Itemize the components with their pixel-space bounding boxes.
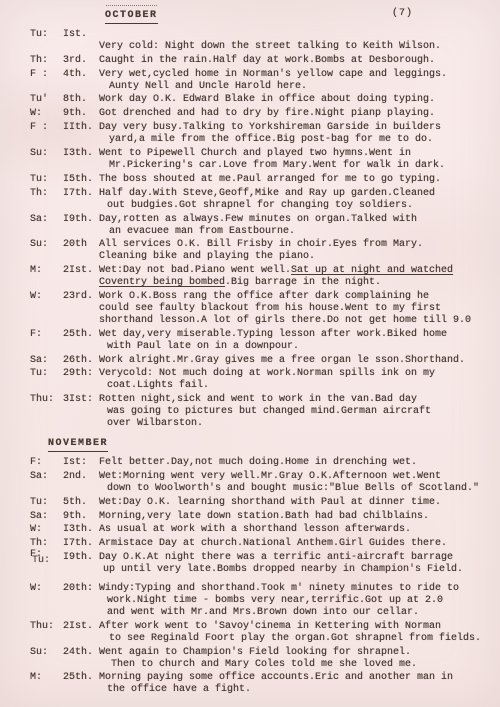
entry-line: As usual at work with a shorthand lesson… [99, 524, 492, 536]
entry-line: All services O.K. Bill Frisby in choir.E… [99, 239, 492, 251]
text-segment: Mr.Pickering's car.Love from Mary.Went f… [109, 160, 445, 171]
entry-line: Caught in the rain.Half day at work.Bomb… [99, 55, 492, 67]
text-segment: Half day.With Steve,Geoff,Mike and Ray u… [99, 188, 435, 199]
diary-entry: Su:20thAll services O.K. Bill Frisby in … [30, 239, 492, 263]
entry-line: down to Woolworth's and bought music:"Bl… [107, 483, 492, 495]
diary-content: OCTOBER Tu:Ist. Very cold: Night down th… [30, 10, 492, 698]
text-segment: to see Reginald Foort play the organ.Got… [109, 633, 481, 644]
entry-date: 3rd. [63, 55, 99, 67]
entry-line: Aunty Nell and Uncle Harold here. [109, 81, 492, 93]
diary-entry: Sa:2nd.Wet:Morning went very well.Mr.Gra… [30, 471, 492, 495]
entry-line: Armistace Day at church.National Anthem.… [99, 538, 492, 550]
entry-line: Wet day,very miserable.Typing lesson aft… [99, 329, 492, 341]
entry-text: All services O.K. Bill Frisby in choir.E… [99, 239, 492, 263]
diary-entry: Su:I3th.Went to Pipewell Church and play… [30, 148, 492, 172]
text-segment: All services O.K. Bill Frisby in choir.E… [99, 239, 423, 250]
entry-date: Ist: [63, 457, 99, 469]
entry-line: Rotten night,sick and went to work in th… [99, 394, 492, 406]
entry-day: W: [30, 524, 63, 536]
entry-date: 9th. [63, 511, 99, 523]
entry-day: Sa: [30, 471, 63, 483]
diary-entry: F:25th.Wet day,very miserable.Typing les… [30, 329, 492, 353]
section-november: NOVEMBER F:Ist:Felt better.Day,not much … [30, 432, 492, 696]
entry-line: out budgies.Got shrapnel for changing to… [107, 200, 492, 212]
text-segment: Got drenched and had to dry by fire.Nigh… [99, 108, 435, 119]
entry-day: Tu: [30, 368, 63, 380]
diary-entry: M:25th.Morning paying some office accoun… [30, 672, 492, 696]
text-segment: Work O.K.Boss rang the office after dark… [99, 291, 429, 302]
entry-date: 26th. [63, 355, 99, 367]
diary-entry: Th:I7th.Armistace Day at church.National… [30, 538, 492, 550]
text-segment: Very cold: Night down the street talking… [99, 41, 441, 52]
entry-date: 4th. [63, 69, 99, 81]
entry-date: 25th. [63, 329, 99, 341]
entry-day: Sa: [30, 214, 63, 226]
entry-text: Work day O.K. Edward Blake in office abo… [99, 94, 492, 106]
entry-text: Very wet,cycled home in Norman's yellow … [99, 69, 492, 93]
entry-text: Wet day,very miserable.Typing lesson aft… [99, 329, 492, 353]
section-title-text: OCTOBER [105, 10, 158, 21]
entry-text: Went again to Champion's Field looking f… [99, 647, 492, 671]
entry-day: Thu: [30, 621, 63, 633]
diary-entry: F :IIth.Day very busy.Talking to Yorkshi… [30, 122, 492, 146]
text-segment: Went to Pipewell Church and played two h… [99, 148, 411, 159]
entry-line: Then to church and Mary Coles told me sh… [111, 659, 492, 671]
entry-line: Day very busy.Talking to Yorkshireman Ga… [99, 122, 492, 134]
diary-entry: Sa:9th.Morning,very late down station.Ba… [30, 511, 492, 523]
entry-line: Half day.With Steve,Geoff,Mike and Ray u… [99, 188, 492, 200]
entry-date: I3th. [63, 148, 99, 160]
entry-line: work.Night time - bombs very near,terrif… [107, 595, 492, 607]
text-segment: Verycold: Not much doing at work.Norman … [99, 368, 435, 379]
text-segment: and went with Mr.and Mrs.Brown down into… [107, 607, 419, 618]
entry-text: As usual at work with a shorthand lesson… [99, 524, 492, 536]
text-segment: Wet:Day O.K. learning shorthand with Pau… [99, 497, 441, 508]
entry-line: Cleaning bike and playing the piano. [99, 251, 492, 263]
entry-date: I7th. [63, 188, 99, 200]
diary-entry: Th:I7th.Half day.With Steve,Geoff,Mike a… [30, 188, 492, 212]
entry-text: Felt better.Day,not much doing.Home in d… [99, 457, 492, 469]
entry-line: Went to Pipewell Church and played two h… [99, 148, 492, 160]
diary-entry: F:Tu:I9th.Day O.K.At night there was a t… [30, 552, 492, 576]
text-segment: yard,a mile from the office.Big post-bag… [109, 134, 433, 145]
diary-entry: M:2Ist.Wet:Day not bad.Piano went well.S… [30, 265, 492, 289]
entry-day: Thu: [30, 394, 63, 406]
entry-line: and went with Mr.and Mrs.Brown down into… [107, 607, 492, 619]
entry-line [99, 29, 492, 41]
text-segment: Cleaning bike and playing the piano. [99, 251, 315, 262]
entry-line: Went again to Champion's Field looking f… [99, 647, 492, 659]
diary-entry: W:20th:Windy:Typing and shorthand.Took m… [30, 583, 492, 619]
entry-text: Very cold: Night down the street talking… [99, 29, 492, 53]
diary-entry: Sa:26th.Work alright.Mr.Gray gives me a … [30, 355, 492, 367]
entry-text: Half day.With Steve,Geoff,Mike and Ray u… [99, 188, 492, 212]
entry-line: was going to pictures but changed mind.G… [107, 406, 492, 418]
entry-line: Coventry being bombed.Big barrage in the… [99, 277, 492, 289]
entry-text: After work went to 'Savoy'cinema in Kett… [99, 621, 492, 645]
entry-line: yard,a mile from the office.Big post-bag… [109, 134, 492, 146]
diary-entry: Tu:I5th.The boss shouted at me.Paul arra… [30, 174, 492, 186]
entry-day: Th: [30, 188, 63, 200]
entry-list-november: F:Ist:Felt better.Day,not much doing.Hom… [30, 457, 492, 696]
entry-day: Tu: [30, 29, 63, 41]
entry-day: W: [30, 583, 63, 595]
text-segment: Caught in the rain.Half day at work.Bomb… [99, 55, 435, 66]
entry-date: 3Ist: [63, 394, 99, 406]
entry-line: Very wet,cycled home in Norman's yellow … [99, 69, 492, 81]
entry-line: Very cold: Night down the street talking… [99, 41, 492, 53]
entry-day: F: [30, 329, 63, 341]
diary-entry: Tu:5th.Wet:Day O.K. learning shorthand w… [30, 497, 492, 509]
entry-text: Got drenched and had to dry by fire.Nigh… [99, 108, 492, 120]
text-segment: an evacuee man from Eastbourne. [109, 226, 295, 237]
text-segment: over Wilbarston. [107, 418, 203, 429]
entry-line: Wet:Morning went very well.Mr.Gray O.K.A… [99, 471, 492, 483]
entry-line: the office have a fight. [107, 684, 492, 696]
text-segment: Went again to Champion's Field looking f… [99, 647, 411, 658]
text-segment: down to Woolworth's and bought music:"Bl… [107, 483, 479, 494]
entry-date: 25th. [63, 672, 99, 684]
text-segment: Wet:Morning went very well.Mr.Gray O.K.A… [99, 471, 441, 482]
text-segment: could see faulty blackout from his house… [99, 303, 441, 314]
diary-entry: W:23rd.Work O.K.Boss rang the office aft… [30, 291, 492, 327]
text-segment: up until very late.Bombs dropped nearby … [103, 564, 463, 575]
entry-text: The boss shouted at me.Paul arranged for… [99, 174, 492, 186]
entry-line: Got drenched and had to dry by fire.Nigh… [99, 108, 492, 120]
entry-day-correction: Tu: [32, 555, 50, 567]
entry-date: 29th: [63, 368, 99, 380]
entry-day: F:Tu: [30, 552, 63, 564]
entry-day: W: [30, 108, 63, 120]
entry-day: Th: [30, 55, 63, 67]
entry-date: 23rd. [63, 291, 99, 303]
entry-line: Wet:Day O.K. learning shorthand with Pau… [99, 497, 492, 509]
entry-line: Work day O.K. Edward Blake in office abo… [99, 94, 492, 106]
diary-entry: Su:24th.Went again to Champion's Field l… [30, 647, 492, 671]
text-segment: the office have a fight. [107, 684, 251, 695]
text-segment: out budgies.Got shrapnel for changing to… [107, 200, 413, 211]
diary-entry: F:Ist:Felt better.Day,not much doing.Hom… [30, 457, 492, 469]
entry-text: Wet:Morning went very well.Mr.Gray O.K.A… [99, 471, 492, 495]
diary-entry: Thu:2Ist.After work went to 'Savoy'cinem… [30, 621, 492, 645]
entry-text: Day,rotten as always.Few minutes on orga… [99, 214, 492, 238]
entry-day: M: [30, 672, 63, 684]
entry-text: Wet:Day not bad.Piano went well.Sat up a… [99, 265, 492, 289]
text-segment: Day O.K.At night there was a terrific an… [99, 552, 453, 563]
entry-line: to see Reginald Foort play the organ.Got… [109, 633, 492, 645]
entry-line: Windy:Typing and shorthand.Took m' ninet… [99, 583, 492, 595]
entry-text: Morning,very late down station.Bath had … [99, 511, 492, 523]
text-segment: Rotten night,sick and went to work in th… [99, 394, 417, 405]
entry-text: Morning paying some office accounts.Eric… [99, 672, 492, 696]
underlined-text: Coventry being bombed [99, 277, 225, 288]
entry-text: Day O.K.At night there was a terrific an… [99, 552, 492, 576]
entry-text: Went to Pipewell Church and played two h… [99, 148, 492, 172]
text-segment: Day very busy.Talking to Yorkshireman Ga… [99, 122, 441, 133]
entry-date: 2Ist. [63, 265, 99, 277]
diary-entry: F :4th.Very wet,cycled home in Norman's … [30, 69, 492, 93]
entry-line: shorthand lesson.A lot of girls there.Do… [99, 315, 492, 327]
overtype-marks [106, 5, 157, 6]
diary-entry: Sa:I9th.Day,rotten as always.Few minutes… [30, 214, 492, 238]
entry-date: 2Ist. [63, 621, 99, 633]
entry-day: Su: [30, 148, 63, 160]
entry-line: After work went to 'Savoy'cinema in Kett… [99, 621, 492, 633]
entry-day: W: [30, 291, 63, 303]
text-segment: Then to church and Mary Coles told me sh… [111, 659, 417, 670]
entry-date: I5th. [63, 174, 99, 186]
entry-day: F : [30, 69, 63, 81]
entry-line: Day O.K.At night there was a terrific an… [99, 552, 492, 564]
entry-day: F: [30, 457, 63, 469]
entry-date: Ist. [63, 29, 99, 41]
text-segment: Very wet,cycled home in Norman's yellow … [99, 69, 447, 80]
section-october: OCTOBER Tu:Ist. Very cold: Night down th… [30, 10, 492, 430]
text-segment: shorthand lesson.A lot of girls there.Do… [99, 315, 471, 326]
diary-entry: Tu'8th.Work day O.K. Edward Blake in off… [30, 94, 492, 106]
entry-line: Morning paying some office accounts.Eric… [99, 672, 492, 684]
entry-day: Tu: [30, 174, 63, 186]
entry-date: 20th: [63, 583, 99, 595]
entry-text: Armistace Day at church.National Anthem.… [99, 538, 492, 550]
entry-date: 5th. [63, 497, 99, 509]
text-segment: Work day O.K. Edward Blake in office abo… [99, 94, 435, 105]
entry-line: Morning,very late down station.Bath had … [99, 511, 492, 523]
section-title-november: NOVEMBER [48, 438, 108, 452]
entry-day: Tu: [30, 497, 63, 509]
entry-line: Work O.K.Boss rang the office after dark… [99, 291, 492, 303]
entry-line: up until very late.Bombs dropped nearby … [103, 564, 492, 576]
entry-date: 20th [63, 239, 99, 251]
entry-list-october: Tu:Ist. Very cold: Night down the street… [30, 29, 492, 430]
entry-line: Work alright.Mr.Gray gives me a free org… [99, 355, 492, 367]
diary-page: (7) OCTOBER Tu:Ist. Very cold: Night dow… [0, 0, 500, 707]
entry-line: Wet:Day not bad.Piano went well.Sat up a… [99, 265, 492, 277]
entry-day: Tu' [30, 94, 63, 106]
text-segment: As usual at work with a shorthand lesson… [99, 524, 411, 535]
entry-text: Work O.K.Boss rang the office after dark… [99, 291, 492, 327]
entry-text: Rotten night,sick and went to work in th… [99, 394, 492, 430]
entry-date: 2nd. [63, 471, 99, 483]
text-segment: Morning,very late down station.Bath had … [99, 511, 429, 522]
text-segment: Day,rotten as always.Few minutes on orga… [99, 214, 417, 225]
entry-date: 9th. [63, 108, 99, 120]
text-segment: Wet:Day not bad.Piano went well. [99, 265, 291, 276]
entry-text: Caught in the rain.Half day at work.Bomb… [99, 55, 492, 67]
entry-line: The boss shouted at me.Paul arranged for… [99, 174, 492, 186]
diary-entry: Tu:29th:Verycold: Not much doing at work… [30, 368, 492, 392]
diary-entry: Tu:Ist. Very cold: Night down the street… [30, 29, 492, 53]
text-segment: work.Night time - bombs very near,terrif… [107, 595, 443, 606]
entry-date: 24th. [63, 647, 99, 659]
section-title-october: OCTOBER [105, 10, 158, 24]
diary-entry: Th:3rd.Caught in the rain.Half day at wo… [30, 55, 492, 67]
section-title-text: NOVEMBER [48, 438, 108, 449]
text-segment: .Big barrage in the night. [225, 277, 381, 288]
entry-text: Work alright.Mr.Gray gives me a free org… [99, 355, 492, 367]
entry-day: Sa: [30, 511, 63, 523]
entry-day: M: [30, 265, 63, 277]
diary-entry: W:I3th.As usual at work with a shorthand… [30, 524, 492, 536]
entry-date: IIth. [63, 122, 99, 134]
text-segment: Felt better.Day,not much doing.Home in d… [99, 457, 417, 468]
entry-date: I7th. [63, 538, 99, 550]
entry-day: Su: [30, 239, 63, 251]
entry-line: Day,rotten as always.Few minutes on orga… [99, 214, 492, 226]
entry-line: Felt better.Day,not much doing.Home in d… [99, 457, 492, 469]
entry-day: Su: [30, 647, 63, 659]
entry-line: an evacuee man from Eastbourne. [109, 226, 492, 238]
entry-line: could see faulty blackout from his house… [99, 303, 492, 315]
entry-text: Verycold: Not much doing at work.Norman … [99, 368, 492, 392]
entry-date: I9th. [63, 214, 99, 226]
text-segment: After work went to 'Savoy'cinema in Kett… [99, 621, 441, 632]
text-segment: Aunty Nell and Uncle Harold here. [109, 81, 307, 92]
entry-date: I3th. [63, 524, 99, 536]
underlined-text: Sat up at night and watched [291, 265, 453, 276]
text-segment: Windy:Typing and shorthand.Took m' ninet… [99, 583, 459, 594]
text-segment: Wet day,very miserable.Typing lesson aft… [99, 329, 447, 340]
diary-entry: Thu:3Ist:Rotten night,sick and went to w… [30, 394, 492, 430]
entry-line: Verycold: Not much doing at work.Norman … [99, 368, 492, 380]
text-segment: with Paul late on in a downpour. [107, 341, 299, 352]
entry-text: Windy:Typing and shorthand.Took m' ninet… [99, 583, 492, 619]
text-segment: Armistace Day at church.National Anthem.… [99, 538, 447, 549]
text-segment: coat.Lights fail. [107, 380, 209, 391]
entry-date: I9th. [63, 552, 99, 564]
text-segment: Morning paying some office accounts.Eric… [99, 672, 453, 683]
entry-line: with Paul late on in a downpour. [107, 341, 492, 353]
entry-line: Mr.Pickering's car.Love from Mary.Went f… [109, 160, 492, 172]
entry-line: coat.Lights fail. [107, 380, 492, 392]
entry-line: over Wilbarston. [107, 418, 492, 430]
text-segment: The boss shouted at me.Paul arranged for… [99, 174, 441, 185]
text-segment: Work alright.Mr.Gray gives me a free org… [99, 355, 465, 366]
entry-text: Day very busy.Talking to Yorkshireman Ga… [99, 122, 492, 146]
diary-entry: W:9th.Got drenched and had to dry by fir… [30, 108, 492, 120]
entry-date: 8th. [63, 94, 99, 106]
text-segment: was going to pictures but changed mind.G… [107, 406, 431, 417]
entry-day: Sa: [30, 355, 63, 367]
entry-text: Wet:Day O.K. learning shorthand with Pau… [99, 497, 492, 509]
entry-day: F : [30, 122, 63, 134]
